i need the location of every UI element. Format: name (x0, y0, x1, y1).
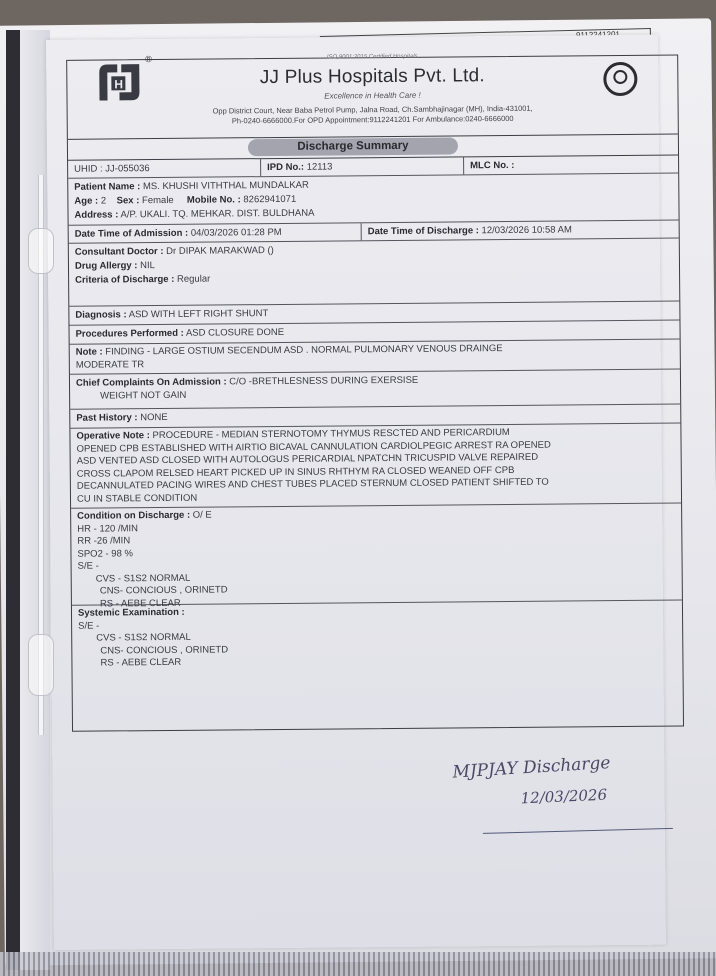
binder-edge (0, 952, 716, 976)
iso-certification: ISO 9001:2015 Certified Hospitals (67, 51, 677, 62)
ipd-number: IPD No.: 12113 (261, 157, 464, 176)
admission-datetime: Date Time of Admission : 04/03/2026 01:2… (69, 223, 362, 243)
systemic-examination: Systemic Examination : S/E - CVS - S1S2 … (72, 600, 683, 672)
file-fastener-clip-top (28, 228, 54, 274)
document-title: Discharge Summary (248, 137, 458, 156)
chief-complaints: Chief Complaints On Admission : C/O -BRE… (70, 369, 680, 409)
handwritten-date: 12/03/2026 (520, 786, 607, 808)
patient-info: Patient Name : MS. KHUSHI VITHTHAL MUNDA… (68, 173, 678, 225)
file-fastener-clip-bottom (28, 634, 54, 696)
folder-strip (20, 30, 50, 970)
mlc-number: MLC No. : (464, 155, 678, 174)
discharge-summary-page: H ® ISO 9001:2015 Certified Hospitals JJ… (46, 35, 666, 950)
folder-spine (6, 30, 20, 970)
hospital-tagline: Excellence in Health Care ! (67, 88, 677, 102)
handwritten-note: MJPJAY Discharge (452, 753, 611, 783)
uhid: UHID : JJ-055036 (68, 159, 261, 178)
discharge-datetime: Date Time of Discharge : 12/03/2026 10:5… (362, 220, 679, 240)
accreditation-seal-icon (603, 62, 637, 96)
hospital-name: JJ Plus Hospitals Pvt. Ltd. (67, 63, 677, 90)
consultant-info: Consultant Doctor : Dr DIPAK MARAKWAD ()… (69, 238, 680, 306)
operative-note: Operative Note : PROCEDURE - MEDIAN STER… (70, 423, 681, 508)
form-frame: H ® ISO 9001:2015 Certified Hospitals JJ… (66, 54, 684, 731)
handwritten-underline (483, 828, 673, 834)
hospital-header: H ® ISO 9001:2015 Certified Hospitals JJ… (67, 55, 678, 139)
condition-on-discharge: Condition on Discharge : O/ E HR - 120 /… (71, 503, 682, 605)
